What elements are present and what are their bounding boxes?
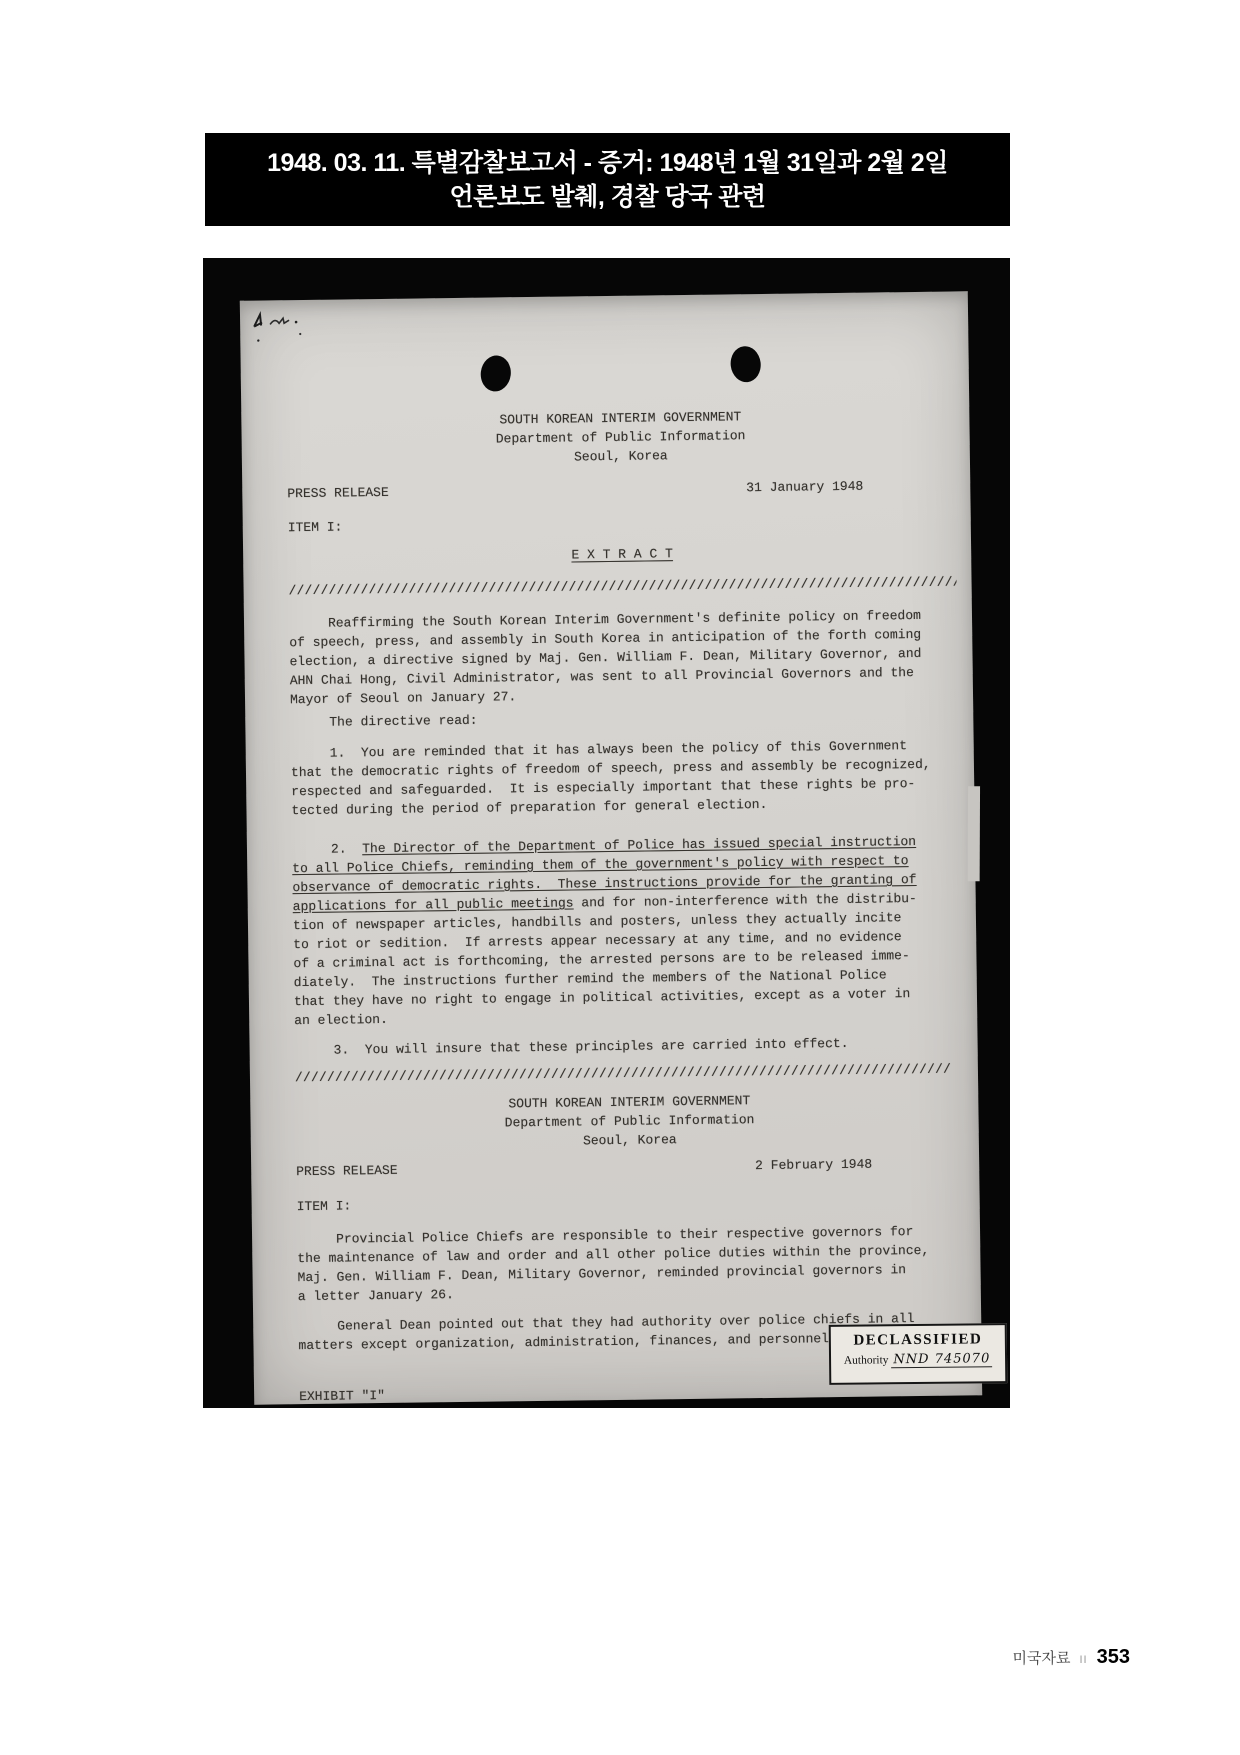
document-scan: SOUTH KOREAN INTERIM GOVERNMENT Departme… — [203, 258, 1010, 1408]
item-label-1: ITEM I: — [288, 509, 956, 537]
footer-separator: II — [1080, 1654, 1088, 1666]
directive-point-2: 2. The Director of the Department of Pol… — [292, 831, 962, 1030]
declassified-stamp-authority: Authority NND 745070 — [831, 1351, 1005, 1368]
book-page: 1948. 03. 11. 특별감찰보고서 - 증거: 1948년 1월 31일… — [0, 0, 1240, 1755]
press-release-label-2: PRESS RELEASE — [296, 1161, 398, 1181]
page-footer: 미국자료 II 353 — [1013, 1646, 1130, 1669]
authority-number: NND 745070 — [891, 1351, 992, 1368]
release-date-2: 2 February 1948 — [755, 1155, 872, 1176]
directive-point-1: 1. You are reminded that it has always b… — [291, 735, 960, 820]
press-release-row-2: PRESS RELEASE 2 February 1948 — [296, 1153, 964, 1181]
document-text: SOUTH KOREAN INTERIM GOVERNMENT Departme… — [285, 291, 967, 1406]
press-release-label-1: PRESS RELEASE — [287, 483, 389, 503]
declassified-stamp: DECLASSIFIED Authority NND 745070 — [829, 1323, 1008, 1385]
point-2-number: 2. — [292, 841, 362, 857]
title-banner: 1948. 03. 11. 특별감찰보고서 - 증거: 1948년 1월 31일… — [205, 133, 1010, 226]
title-line-2: 언론보도 발췌, 경찰 당국 관련 — [449, 180, 765, 214]
letterhead-1: SOUTH KOREAN INTERIM GOVERNMENT Departme… — [286, 404, 955, 470]
press-release-row-1: PRESS RELEASE 31 January 1948 — [287, 475, 955, 503]
authority-label: Authority — [844, 1354, 889, 1366]
directive-point-3: 3. You will insure that these principles… — [295, 1032, 963, 1060]
scanned-paper: SOUTH KOREAN INTERIM GOVERNMENT Departme… — [240, 291, 982, 1404]
directive-lead: The directive read: — [290, 704, 958, 732]
divider-line-top: ////////////////////////////////////////… — [288, 572, 956, 600]
title-line-1: 1948. 03. 11. 특별감찰보고서 - 증거: 1948년 1월 31일… — [267, 146, 948, 180]
release-date-1: 31 January 1948 — [746, 477, 863, 498]
item-label-2: ITEM I: — [297, 1188, 965, 1216]
footer-source-label: 미국자료 — [1013, 1647, 1071, 1668]
divider-line-bottom: ////////////////////////////////////////… — [295, 1059, 963, 1087]
intro-paragraph: Reaffirming the South Korean Interim Gov… — [289, 605, 958, 709]
adjacent-page-edge — [968, 786, 980, 881]
extract-heading: E X T R A C T — [288, 540, 956, 568]
declassified-stamp-title: DECLASSIFIED — [831, 1331, 1005, 1350]
footer-page-number: 353 — [1097, 1646, 1130, 1669]
release2-paragraph-1: Provincial Police Chiefs are responsible… — [297, 1221, 966, 1306]
letterhead-2: SOUTH KOREAN INTERIM GOVERNMENT Departme… — [295, 1088, 964, 1154]
